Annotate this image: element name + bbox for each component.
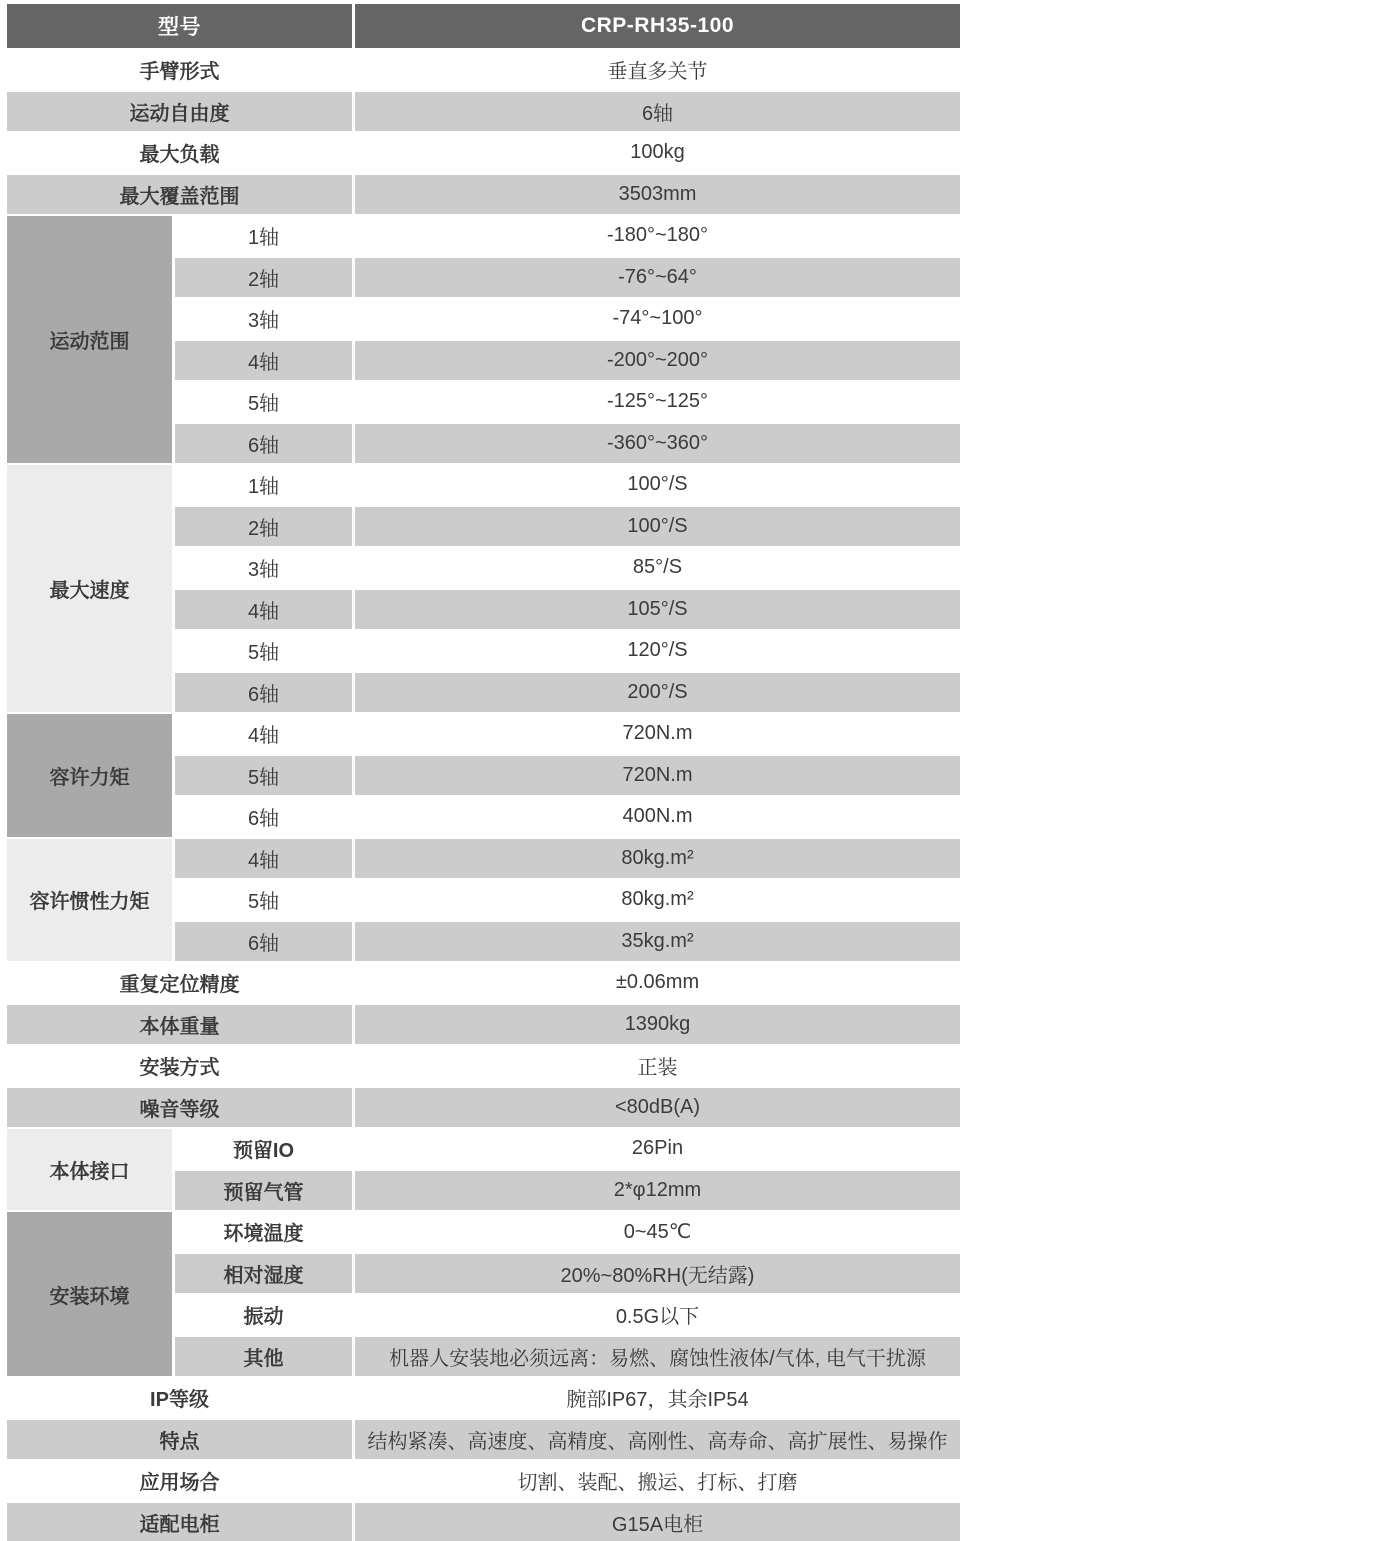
row-sublabel: 2轴 [174, 257, 354, 299]
row-value: 100kg [354, 132, 962, 174]
row-value: ±0.06mm [354, 962, 962, 1004]
row-sublabel: 4轴 [174, 340, 354, 382]
row-sublabel: 4轴 [174, 838, 354, 880]
row-value: 0~45℃ [354, 1211, 962, 1253]
table-row: 最大速度1轴100°/S [6, 464, 962, 506]
row-label: 适配电柜 [6, 1502, 354, 1541]
table-row: 运动自由度6轴 [6, 91, 962, 133]
row-value: 80kg.m² [354, 838, 962, 880]
table-row: 最大覆盖范围3503mm [6, 174, 962, 216]
row-value: -200°~200° [354, 340, 962, 382]
row-value: 2*φ12mm [354, 1170, 962, 1212]
table-row: 手臂形式垂直多关节 [6, 49, 962, 91]
table-row: IP等级腕部IP67，其余IP54 [6, 1377, 962, 1419]
row-value: 6轴 [354, 91, 962, 133]
row-label: 本体重量 [6, 1004, 354, 1046]
table-row: 特点结构紧凑、高速度、高精度、高刚性、高寿命、高扩展性、易操作 [6, 1419, 962, 1461]
table-row: 重复定位精度±0.06mm [6, 962, 962, 1004]
table-row: 本体重量1390kg [6, 1004, 962, 1046]
row-value: 200°/S [354, 672, 962, 714]
table-row: 容许惯性力矩4轴80kg.m² [6, 838, 962, 880]
row-label: 安装方式 [6, 1045, 354, 1087]
row-value: 腕部IP67，其余IP54 [354, 1377, 962, 1419]
table-row: 应用场合切割、装配、搬运、打标、打磨 [6, 1460, 962, 1502]
row-value: 3503mm [354, 174, 962, 216]
group-label: 最大速度 [6, 464, 174, 713]
row-value: 100°/S [354, 506, 962, 548]
row-value: -125°~125° [354, 381, 962, 423]
row-value: 100°/S [354, 464, 962, 506]
table-row: 安装环境环境温度0~45℃ [6, 1211, 962, 1253]
row-sublabel: 4轴 [174, 713, 354, 755]
group-label: 运动范围 [6, 215, 174, 464]
row-label: 应用场合 [6, 1460, 354, 1502]
table-row: 运动范围1轴-180°~180° [6, 215, 962, 257]
row-sublabel: 6轴 [174, 921, 354, 963]
row-sublabel: 6轴 [174, 672, 354, 714]
page: 型号 CRP-RH35-100 手臂形式垂直多关节运动自由度6轴最大负载100k… [0, 0, 1400, 1541]
row-sublabel: 振动 [174, 1294, 354, 1336]
row-label: IP等级 [6, 1377, 354, 1419]
row-label: 运动自由度 [6, 91, 354, 133]
row-value: 结构紧凑、高速度、高精度、高刚性、高寿命、高扩展性、易操作 [354, 1419, 962, 1461]
table-row: 最大负载100kg [6, 132, 962, 174]
row-sublabel: 相对湿度 [174, 1253, 354, 1295]
row-sublabel: 2轴 [174, 506, 354, 548]
row-value: 85°/S [354, 547, 962, 589]
group-label: 容许惯性力矩 [6, 838, 174, 963]
row-value: -76°~64° [354, 257, 962, 299]
row-value: 机器人安装地必须远离：易燃、腐蚀性液体/气体, 电气干扰源 [354, 1336, 962, 1378]
row-value: -74°~100° [354, 298, 962, 340]
row-sublabel: 4轴 [174, 589, 354, 631]
row-sublabel: 6轴 [174, 796, 354, 838]
row-sublabel: 1轴 [174, 215, 354, 257]
row-value: G15A电柜 [354, 1502, 962, 1541]
row-sublabel: 其他 [174, 1336, 354, 1378]
row-value: 400N.m [354, 796, 962, 838]
row-value: 720N.m [354, 713, 962, 755]
row-label: 最大负载 [6, 132, 354, 174]
row-sublabel: 5轴 [174, 755, 354, 797]
row-label: 最大覆盖范围 [6, 174, 354, 216]
row-value: 20%~80%RH(无结露) [354, 1253, 962, 1295]
row-sublabel: 5轴 [174, 381, 354, 423]
row-sublabel: 环境温度 [174, 1211, 354, 1253]
row-sublabel: 3轴 [174, 547, 354, 589]
row-sublabel: 6轴 [174, 423, 354, 465]
row-value: 1390kg [354, 1004, 962, 1046]
row-sublabel: 5轴 [174, 879, 354, 921]
row-value: 105°/S [354, 589, 962, 631]
table-row: 安装方式正装 [6, 1045, 962, 1087]
row-value: 切割、装配、搬运、打标、打磨 [354, 1460, 962, 1502]
row-sublabel: 5轴 [174, 630, 354, 672]
group-label: 本体接口 [6, 1128, 174, 1211]
group-label: 容许力矩 [6, 713, 174, 838]
row-sublabel: 预留气管 [174, 1170, 354, 1212]
spec-table: 型号 CRP-RH35-100 手臂形式垂直多关节运动自由度6轴最大负载100k… [4, 2, 963, 1541]
header-row: 型号 CRP-RH35-100 [6, 3, 962, 49]
model-label-cell: 型号 [6, 3, 354, 49]
row-value: 120°/S [354, 630, 962, 672]
table-row: 容许力矩4轴720N.m [6, 713, 962, 755]
model-value-cell: CRP-RH35-100 [354, 3, 962, 49]
row-label: 重复定位精度 [6, 962, 354, 1004]
row-value: -360°~360° [354, 423, 962, 465]
table-row: 本体接口预留IO26Pin [6, 1128, 962, 1170]
row-sublabel: 1轴 [174, 464, 354, 506]
row-sublabel: 预留IO [174, 1128, 354, 1170]
spec-table-body: 手臂形式垂直多关节运动自由度6轴最大负载100kg最大覆盖范围3503mm运动范… [6, 49, 962, 1541]
row-value: 26Pin [354, 1128, 962, 1170]
row-sublabel: 3轴 [174, 298, 354, 340]
group-label: 安装环境 [6, 1211, 174, 1377]
row-value: 0.5G以下 [354, 1294, 962, 1336]
row-label: 噪音等级 [6, 1087, 354, 1129]
row-value: 80kg.m² [354, 879, 962, 921]
row-label: 手臂形式 [6, 49, 354, 91]
row-value: 720N.m [354, 755, 962, 797]
row-value: -180°~180° [354, 215, 962, 257]
table-row: 适配电柜G15A电柜 [6, 1502, 962, 1541]
row-value: <80dB(A) [354, 1087, 962, 1129]
row-value: 正装 [354, 1045, 962, 1087]
table-row: 噪音等级<80dB(A) [6, 1087, 962, 1129]
row-value: 35kg.m² [354, 921, 962, 963]
row-label: 特点 [6, 1419, 354, 1461]
row-value: 垂直多关节 [354, 49, 962, 91]
